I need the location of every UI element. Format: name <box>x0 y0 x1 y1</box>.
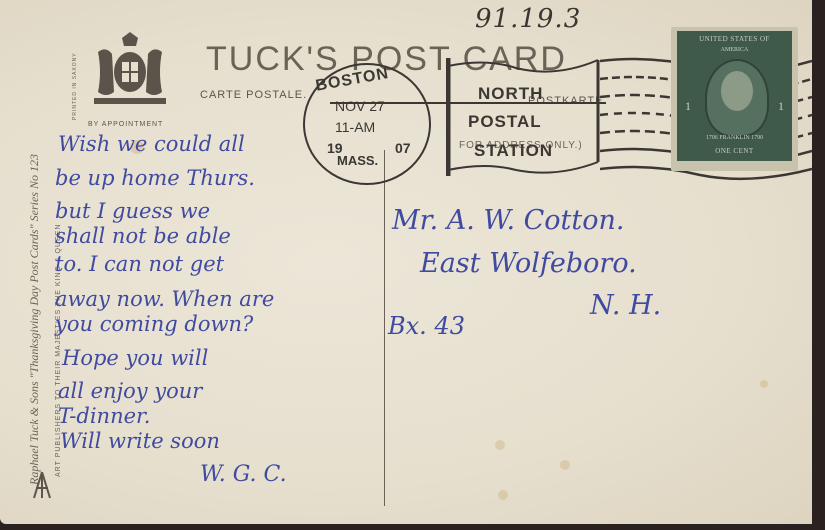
by-appointment-label: BY APPOINTMENT <box>88 121 163 128</box>
message-line: but I guess we <box>55 200 210 223</box>
easel-logo-icon <box>30 470 54 500</box>
postage-stamp: UNITED STATES OF AMERICA 1 1 1706 FRANKL… <box>671 27 798 171</box>
stamp-denomination-left: 1 <box>685 99 691 114</box>
stamp-design: UNITED STATES OF AMERICA 1 1 1706 FRANKL… <box>677 31 792 161</box>
address-divider <box>384 150 385 506</box>
stamp-country: UNITED STATES OF <box>677 35 792 43</box>
franklin-portrait-icon <box>721 71 753 111</box>
stamp-america: AMERICA <box>677 47 792 53</box>
message-line: to. I can not get <box>55 253 224 276</box>
stamp-name: 1706 FRANKLIN 1790 <box>677 135 792 141</box>
message-line: Will write soon <box>60 430 220 453</box>
signature: W. G. C. <box>200 462 287 487</box>
carte-postale-label: CARTE POSTALE. <box>200 89 307 101</box>
stain <box>560 460 570 470</box>
flag-line-north: NORTH <box>478 84 543 104</box>
address-name: Mr. A. W. Cotton. <box>392 205 624 236</box>
postmark-time: 11-AM <box>335 119 375 135</box>
message-line: be up home Thurs. <box>55 167 255 190</box>
address-town: East Wolfeboro. <box>420 248 637 279</box>
address-box: Bx. 43 <box>388 312 465 340</box>
message-line: Hope you will <box>62 347 208 370</box>
postcard-back: 91.19.3 PRINTED IN SAXONY BY APPOINTMENT… <box>0 0 812 524</box>
address-state: N. H. <box>590 290 661 321</box>
publisher-line: Raphael Tuck & Sons "Thanksgiving Day Po… <box>27 145 42 485</box>
message-line: all enjoy your <box>58 380 202 403</box>
stamp-value: ONE CENT <box>677 147 792 155</box>
postmark-year-right: 07 <box>395 140 411 156</box>
boston-postmark: BOSTON NOV 27 11-AM 19 07 MASS. <box>303 63 431 185</box>
stain <box>495 440 505 450</box>
message-line: Wish we could all <box>58 133 245 156</box>
message-line: you coming down? <box>55 313 253 336</box>
stamp-denomination-right: 1 <box>778 99 784 114</box>
postmark-date: NOV 27 <box>335 98 385 114</box>
message-line: T-dinner. <box>58 405 150 428</box>
message-line: shall not be able <box>55 225 231 248</box>
flag-line-station: STATION <box>474 141 553 161</box>
royal-crest-icon <box>84 32 176 112</box>
stamp-portrait-frame <box>705 59 769 137</box>
stain <box>760 380 768 388</box>
pencil-catalog-note: 91.19.3 <box>475 4 581 34</box>
postmark-state: MASS. <box>337 153 378 168</box>
flag-line-postal: POSTAL <box>468 112 542 132</box>
printed-in-label: PRINTED IN SAXONY <box>72 52 78 120</box>
stain <box>498 490 508 500</box>
message-line: away now. When are <box>55 288 274 311</box>
